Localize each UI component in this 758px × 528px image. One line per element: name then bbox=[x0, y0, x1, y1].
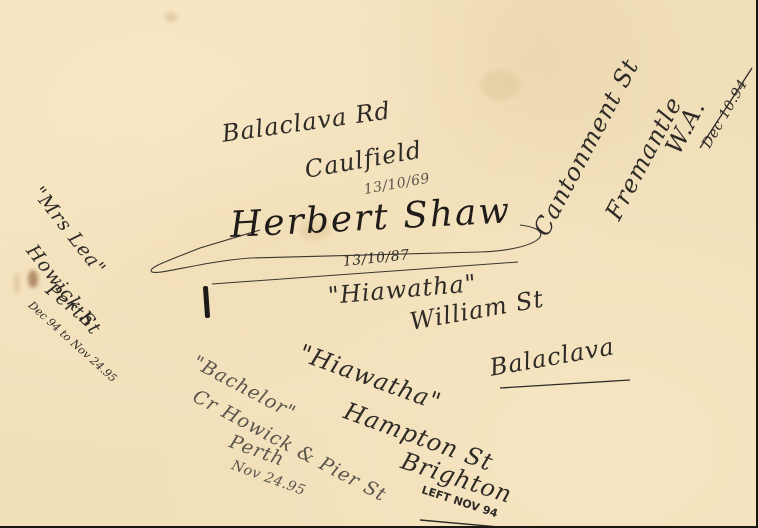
handwritten-page: Balaclava Rd Caulfield 13/10/69 Herbert … bbox=[0, 0, 756, 526]
